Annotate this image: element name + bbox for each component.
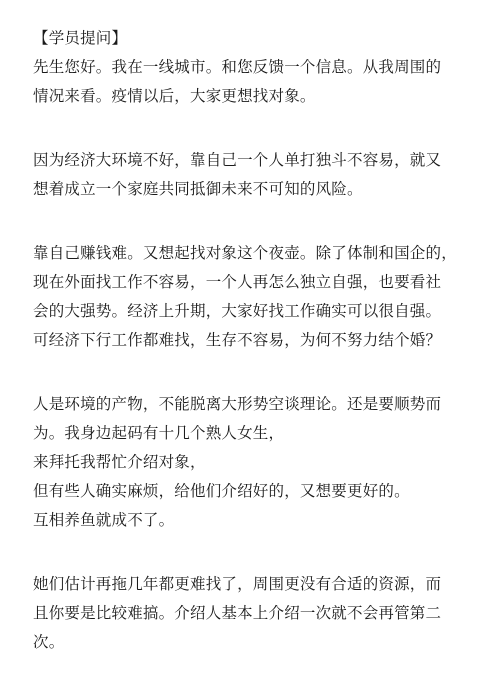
paragraph-matchmaking: 人是环境的产物，不能脱离大形势空谈理论。还是要顺势而 为。我身边起码有十几个熟人… [33, 390, 466, 535]
article-page: 【学员提问】 先生您好。我在一线城市。和您反馈一个信息。从我周围的 情况来看。疫… [0, 0, 480, 674]
paragraph-jobs: 靠自己赚钱难。又想起找对象这个夜壶。除了体制和国企的， 现在外面找工作不容易，一… [33, 239, 466, 355]
question-heading: 【学员提问】 [33, 24, 466, 53]
paragraph-conclusion: 她们估计再拖几年都更难找了，周围更没有合适的资源，而 且你要是比较难搞。介绍人基… [33, 570, 466, 657]
paragraph-economy: 因为经济大环境不好，靠自己一个人单打独斗不容易，就又 想着成立一个家庭共同抵御未… [33, 146, 466, 204]
paragraph-intro: 先生您好。我在一线城市。和您反馈一个信息。从我周围的 情况来看。疫情以后，大家更… [33, 53, 466, 111]
